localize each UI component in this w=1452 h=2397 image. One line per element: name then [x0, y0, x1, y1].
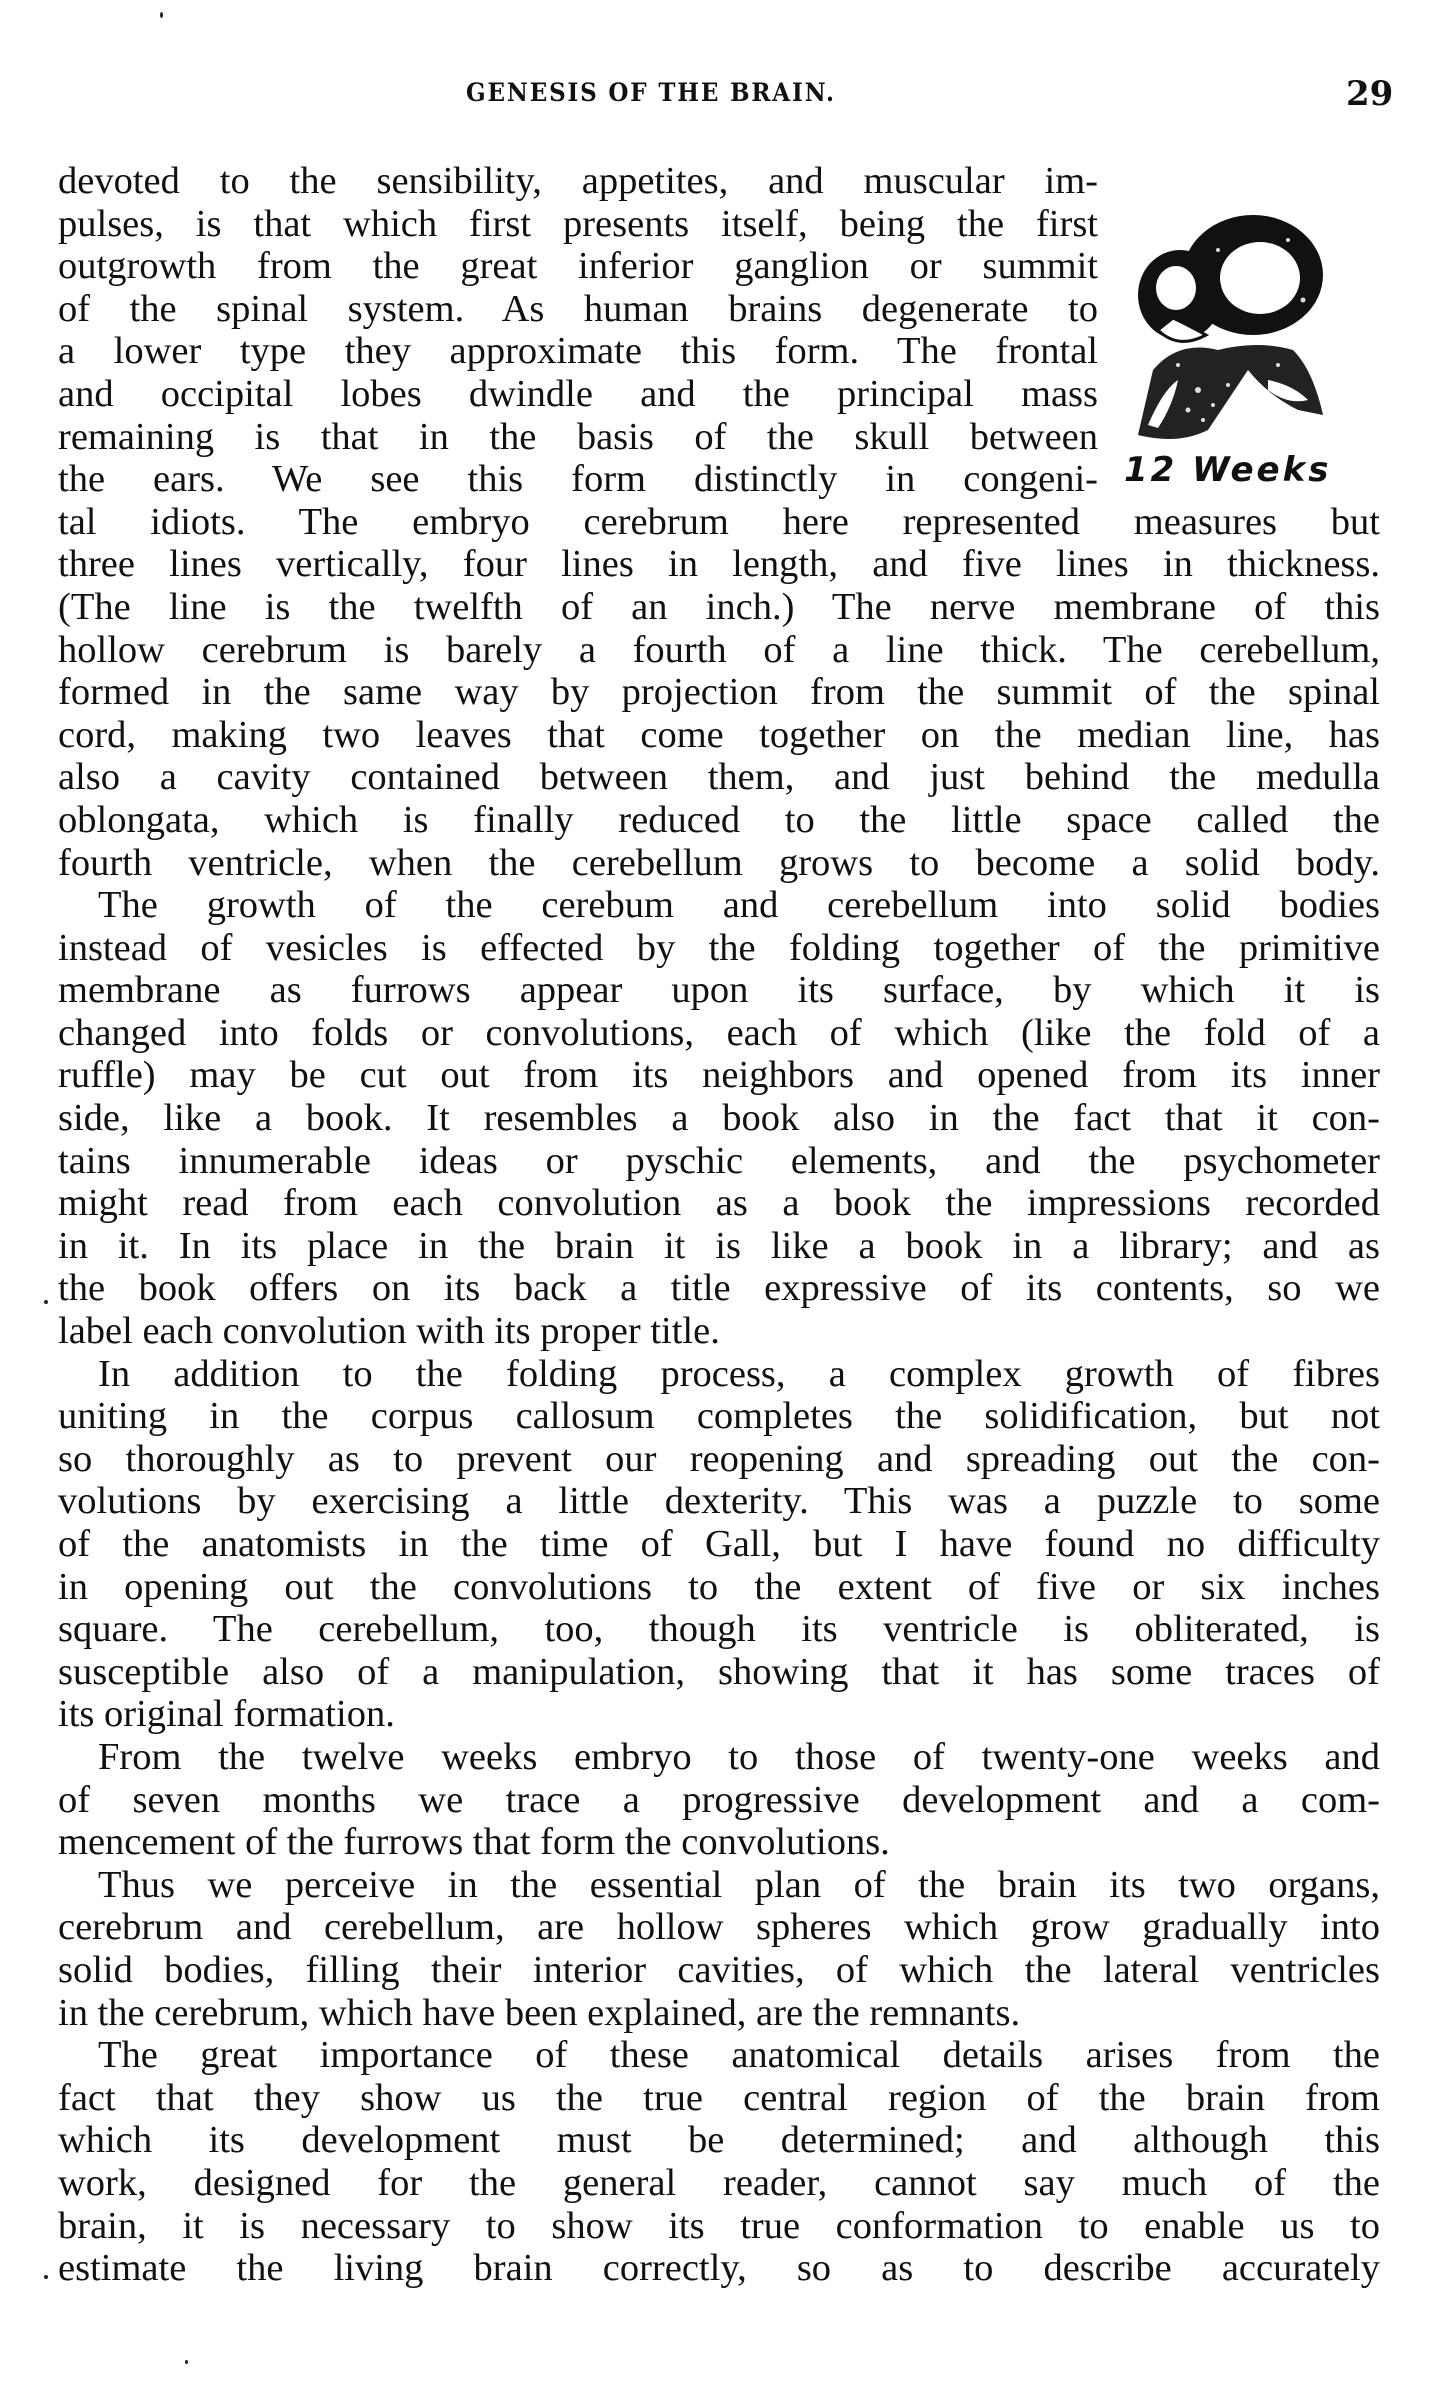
text-line: label each convolution with its proper t…: [58, 1310, 1380, 1353]
text-line: cord, making two leaves that come togeth…: [58, 714, 1380, 757]
text-line: square. The cerebellum, too, though its …: [58, 1608, 1380, 1651]
body-text: devoted to the sensibility, appetites, a…: [58, 160, 1380, 2290]
text-line: mencement of the furrows that form the c…: [58, 1821, 1380, 1864]
text-line: solid bodies, filling their interior cav…: [58, 1949, 1380, 1992]
scan-speck: [160, 12, 163, 18]
scan-speck: [44, 2275, 48, 2279]
text-line: In addition to the folding process, a co…: [58, 1353, 1380, 1396]
text-line: three lines vertically, four lines in le…: [58, 543, 1380, 586]
text-line: instead of vesicles is effected by the f…: [58, 927, 1380, 970]
text-line: susceptible also of a manipulation, show…: [58, 1651, 1380, 1694]
text-line: also a cavity contained between them, an…: [58, 756, 1380, 799]
text-line: pulses, is that which first presents its…: [58, 203, 1098, 246]
text-line: The great importance of these anatomical…: [58, 2034, 1380, 2077]
text-line: which its development must be determined…: [58, 2119, 1380, 2162]
text-line: fourth ventricle, when the cerebellum gr…: [58, 842, 1380, 885]
text-line: a lower type they approximate this form.…: [58, 330, 1098, 373]
text-line: so thoroughly as to prevent our reopenin…: [58, 1438, 1380, 1481]
text-line: estimate the living brain correctly, so …: [58, 2247, 1380, 2290]
text-line: in the cerebrum, which have been explain…: [58, 1992, 1380, 2035]
text-line: the book offers on its back a title expr…: [58, 1267, 1380, 1310]
paragraph: From the twelve weeks embryo to those of…: [58, 1736, 1380, 1864]
text-line: cerebrum and cerebellum, are hollow sphe…: [58, 1906, 1380, 1949]
text-line: work, designed for the general reader, c…: [58, 2162, 1380, 2205]
page-number: 29: [1346, 74, 1393, 114]
book-page: GENESIS OF THE BRAIN. 29 12 Weeks: [0, 0, 1452, 2397]
text-line: tains innumerable ideas or pyschic eleme…: [58, 1140, 1380, 1183]
text-line: membrane as furrows appear upon its surf…: [58, 969, 1380, 1012]
text-line: From the twelve weeks embryo to those of…: [58, 1736, 1380, 1779]
running-title: GENESIS OF THE BRAIN.: [466, 78, 836, 107]
text-line: brain, it is necessary to show its true …: [58, 2205, 1380, 2248]
page-header: GENESIS OF THE BRAIN. 29: [0, 78, 1452, 118]
text-line: the ears. We see this form distinctly in…: [58, 458, 1098, 501]
paragraph: The great importance of these anatomical…: [58, 2034, 1380, 2290]
paragraph: Thus we perceive in the essential plan o…: [58, 1864, 1380, 2034]
text-line: might read from each convolution as a bo…: [58, 1182, 1380, 1225]
paragraph: devoted to the sensibility, appetites, a…: [58, 160, 1380, 884]
paragraph: In addition to the folding process, a co…: [58, 1353, 1380, 1736]
text-line: Thus we perceive in the essential plan o…: [58, 1864, 1380, 1907]
paragraph: The growth of the cerebum and cerebellum…: [58, 884, 1380, 1353]
text-line: ruffle) may be cut out from its neighbor…: [58, 1054, 1380, 1097]
text-line: of the spinal system. As human brains de…: [58, 288, 1098, 331]
text-line: its original formation.: [58, 1693, 1380, 1736]
text-line: oblongata, which is finally reduced to t…: [58, 799, 1380, 842]
text-line: outgrowth from the great inferior gangli…: [58, 245, 1098, 288]
text-line: of the anatomists in the time of Gall, b…: [58, 1523, 1380, 1566]
scan-speck: [44, 1300, 48, 1304]
text-line: formed in the same way by projection fro…: [58, 671, 1380, 714]
text-line: hollow cerebrum is barely a fourth of a …: [58, 629, 1380, 672]
text-line: remaining is that in the basis of the sk…: [58, 416, 1098, 459]
text-line: uniting in the corpus callosum completes…: [58, 1395, 1380, 1438]
text-line: and occipital lobes dwindle and the prin…: [58, 373, 1098, 416]
text-line: (The line is the twelfth of an inch.) Th…: [58, 586, 1380, 629]
text-line: devoted to the sensibility, appetites, a…: [58, 160, 1098, 203]
scan-speck: [185, 2360, 188, 2364]
text-line: tal idiots. The embryo cerebrum here rep…: [58, 501, 1380, 544]
text-line: The growth of the cerebum and cerebellum…: [58, 884, 1380, 927]
text-line: side, like a book. It resembles a book a…: [58, 1097, 1380, 1140]
text-line: fact that they show us the true central …: [58, 2077, 1380, 2120]
text-line: in it. In its place in the brain it is l…: [58, 1225, 1380, 1268]
text-line: volutions by exercising a little dexteri…: [58, 1480, 1380, 1523]
text-line: changed into folds or convolutions, each…: [58, 1012, 1380, 1055]
text-line: in opening out the convolutions to the e…: [58, 1566, 1380, 1609]
text-line: of seven months we trace a progressive d…: [58, 1779, 1380, 1822]
